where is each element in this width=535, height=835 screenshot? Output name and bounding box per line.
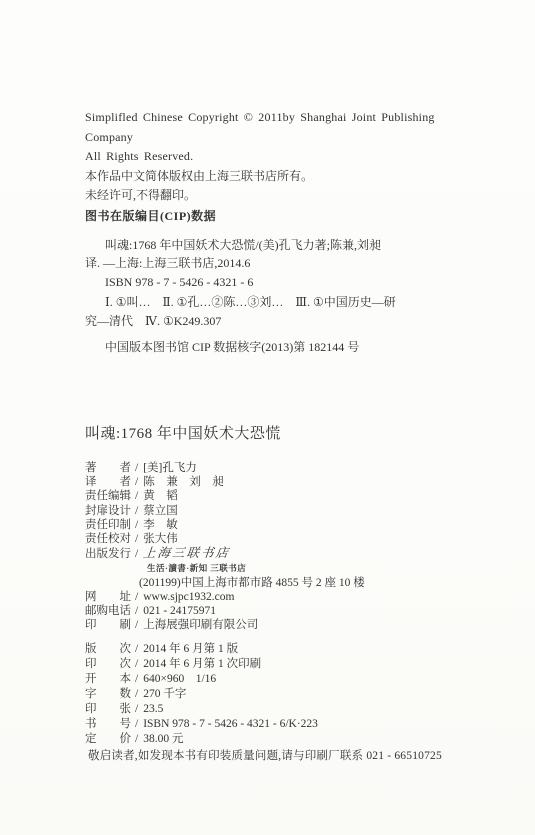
slash-separator: /	[132, 718, 143, 730]
slash-separator: /	[132, 619, 143, 631]
edition-value: ISBN 978 - 7 - 5426 - 4321 - 6/K·223	[143, 718, 318, 730]
edition-value: 23.5	[143, 703, 163, 715]
slash-separator: /	[132, 688, 143, 700]
colophon-row-author: 著 者/[美]孔飞力	[85, 461, 505, 475]
slash-separator: /	[132, 591, 143, 603]
edition-row-printing: 印 次/2014 年 6 月第 1 次印刷	[85, 657, 505, 672]
slash-separator: /	[132, 519, 143, 531]
slash-separator: /	[132, 490, 143, 502]
edition-row-isbn: 书 号/ISBN 978 - 7 - 5426 - 4321 - 6/K·223	[85, 717, 505, 732]
colophon-label: 封扉设计	[85, 504, 132, 518]
printer-name: 上海展强印刷有限公司	[143, 619, 258, 631]
edition-value: 2014 年 6 月第 1 版	[143, 643, 238, 655]
colophon-value: 黄 韬	[143, 490, 178, 502]
mailorder-phone: 021 - 24175971	[143, 605, 216, 617]
copyright-notice: Simplifled Chinese Copyright © 2011by Sh…	[85, 108, 485, 205]
colophon-row-editor: 责任编辑/黄 韬	[85, 489, 505, 503]
colophon-label: 责任编辑	[85, 489, 132, 503]
cip-header: 图书在版编目(CIP)数据	[85, 207, 475, 226]
colophon-value: 张大伟	[143, 533, 178, 545]
cip-classification: Ⅰ. ①叫… Ⅱ. ①孔…②陈…③刘… Ⅲ. ①中国历史—研 究—清代 Ⅳ. ①…	[85, 293, 475, 330]
edition-info: 版 次/2014 年 6 月第 1 版 印 次/2014 年 6 月第 1 次印…	[85, 642, 505, 747]
publisher-address: (201199)中国上海市都市路 4855 号 2 座 10 楼	[139, 577, 365, 589]
cip-isbn: ISBN 978 - 7 - 5426 - 4321 - 6	[85, 273, 475, 292]
copyright-line-en-2: All Rights Reserved.	[85, 147, 485, 167]
colophon-label: 责任印制	[85, 518, 132, 532]
colophon-label: 邮购电话	[85, 604, 132, 618]
colophon-label: 著 者	[85, 461, 132, 475]
slash-separator: /	[132, 643, 143, 655]
cip-record-number: 中国版本图书馆 CIP 数据核字(2013)第 182144 号	[105, 338, 359, 355]
colophon-row-publisher-logo: 生活·讀書·新知 三联书店	[85, 561, 505, 575]
slash-separator: /	[132, 658, 143, 670]
publisher-website: www.sjpc1932.com	[143, 591, 234, 603]
edition-value: 38.00 元	[143, 733, 183, 745]
publisher-script-name: 上海三联书店	[142, 546, 231, 560]
colophon-value: 陈 兼 刘 昶	[143, 476, 224, 488]
slash-separator: /	[132, 476, 143, 488]
colophon-label: 印 刷	[85, 618, 132, 632]
slash-separator: /	[132, 505, 143, 517]
colophon-label: 责任校对	[85, 532, 132, 546]
edition-label: 印 次	[85, 657, 132, 672]
edition-label: 印 张	[85, 702, 132, 717]
cip-class-line-2: 究—清代 Ⅳ. ①K249.307	[85, 312, 475, 331]
colophon-row-mailorder-phone: 邮购电话/021 - 24175971	[85, 604, 505, 618]
copyright-line-en-1: Simplifled Chinese Copyright © 2011by Sh…	[85, 108, 485, 147]
cip-data-block: 图书在版编目(CIP)数据 叫魂:1768 年中国妖术大恐慌/(美)孔飞力著;陈…	[85, 207, 475, 291]
slash-separator: /	[132, 703, 143, 715]
edition-label: 书 号	[85, 717, 132, 732]
book-copyright-page: Simplifled Chinese Copyright © 2011by Sh…	[0, 0, 535, 835]
cip-class-line-1: Ⅰ. ①叫… Ⅱ. ①孔…②陈…③刘… Ⅲ. ①中国历史—研	[85, 293, 475, 312]
slash-separator: /	[132, 605, 143, 617]
edition-value: 270 千字	[143, 688, 186, 700]
cip-description-line-2: 译. —上海:上海三联书店,2014.6	[85, 254, 475, 273]
reader-quality-notice: 敬启读者,如发现本书有印装质量问题,请与印刷厂联系 021 - 66510725	[88, 747, 442, 763]
edition-row-edition: 版 次/2014 年 6 月第 1 版	[85, 642, 505, 657]
colophon-row-proofreader: 责任校对/张大伟	[85, 532, 505, 546]
colophon-row-publisher: 出版发行/上海三联书店	[85, 546, 505, 561]
slash-separator: /	[132, 673, 143, 685]
edition-label: 定 价	[85, 732, 132, 747]
edition-row-format: 开 本/640×960 1/16	[85, 672, 505, 687]
colophon-row-publisher-address: (201199)中国上海市都市路 4855 号 2 座 10 楼	[85, 576, 505, 590]
edition-row-sheets: 印 张/23.5	[85, 702, 505, 717]
book-title: 叫魂:1768 年中国妖术大恐慌	[85, 422, 281, 443]
edition-label: 版 次	[85, 642, 132, 657]
edition-label: 字 数	[85, 687, 132, 702]
colophon-row-printer: 印 刷/上海展强印刷有限公司	[85, 618, 505, 632]
colophon-value: 李 敏	[143, 519, 178, 531]
colophon-label: 译 者	[85, 475, 132, 489]
colophon-row-website: 网 址/www.sjpc1932.com	[85, 590, 505, 604]
colophon-value: 蔡立国	[143, 505, 178, 517]
colophon-label: 网 址	[85, 590, 132, 604]
edition-row-wordcount: 字 数/270 千字	[85, 687, 505, 702]
edition-value: 640×960 1/16	[143, 673, 216, 685]
colophon-value: [美]孔飞力	[143, 462, 197, 474]
edition-label: 开 本	[85, 672, 132, 687]
slash-separator: /	[132, 533, 143, 545]
edition-row-price: 定 价/38.00 元	[85, 732, 505, 747]
copyright-line-cn-2: 未经许可,不得翻印。	[85, 186, 485, 205]
edition-value: 2014 年 6 月第 1 次印刷	[143, 658, 261, 670]
colophon-label: 出版发行	[85, 547, 132, 561]
colophon-row-translators: 译 者/陈 兼 刘 昶	[85, 475, 505, 489]
colophon-row-print-supervisor: 责任印制/李 敏	[85, 518, 505, 532]
cip-description-line-1: 叫魂:1768 年中国妖术大恐慌/(美)孔飞力著;陈兼,刘昶	[85, 236, 475, 255]
copyright-line-cn-1: 本作品中文简体版权由上海三联书店所有。	[85, 167, 485, 186]
colophon-credits: 著 者/[美]孔飞力 译 者/陈 兼 刘 昶 责任编辑/黄 韬 封扉设计/蔡立国…	[85, 461, 505, 632]
slash-separator: /	[132, 462, 143, 474]
slash-separator: /	[132, 733, 143, 745]
colophon-row-cover-design: 封扉设计/蔡立国	[85, 504, 505, 518]
publisher-logo-text: 生活·讀書·新知 三联书店	[147, 563, 246, 573]
